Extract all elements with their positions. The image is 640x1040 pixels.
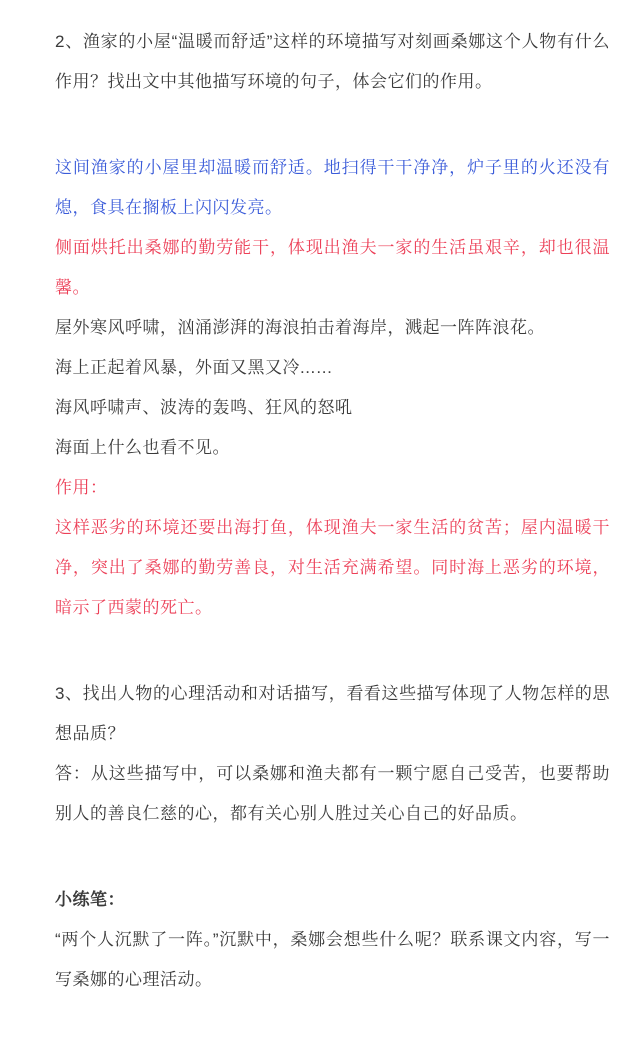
exercise-body-paragraph: “两个人沉默了一阵。”沉默中，桑娜会想些什么呢？联系课文内容，写一写桑娜的心理活… [55,920,610,1000]
excerpt-paragraph: 海面上什么也看不见。 [55,428,610,468]
excerpt-paragraph: 海风呼啸声、波涛的轰鸣、狂风的怒吼 [55,388,610,428]
answer-3-paragraph: 答：从这些描写中，可以桑娜和渔夫都有一颗宁愿自己受苦，也要帮助别人的善良仁慈的心… [55,754,610,834]
answer-label-paragraph: 作用： [55,468,610,508]
exercise-heading: 小练笔： [55,880,610,920]
document-page: 2、渔家的小屋“温暖而舒适”这样的环境描写对刻画桑娜这个人物有什么作用？找出文中… [0,0,640,1040]
red-analysis-paragraph: 侧面烘托出桑娜的勤劳能干，体现出渔夫一家的生活虽艰辛，却也很温馨。 [55,228,610,308]
excerpt-paragraph: 海上正起着风暴，外面又黑又冷...… [55,348,610,388]
question-2-paragraph: 2、渔家的小屋“温暖而舒适”这样的环境描写对刻画桑娜这个人物有什么作用？找出文中… [55,22,610,102]
excerpt-paragraph: 屋外寒风呼啸，汹涌澎湃的海浪拍击着海岸，溅起一阵阵浪花。 [55,308,610,348]
question-3-paragraph: 3、找出人物的心理活动和对话描写，看看这些描写体现了人物怎样的思想品质？ [55,674,610,754]
red-answer-paragraph: 这样恶劣的环境还要出海打鱼，体现渔夫一家生活的贫苦；屋内温暖干净，突出了桑娜的勤… [55,508,610,628]
blue-excerpt-paragraph: 这间渔家的小屋里却温暖而舒适。地扫得干干净净，炉子里的火还没有熄，食具在搁板上闪… [55,148,610,228]
